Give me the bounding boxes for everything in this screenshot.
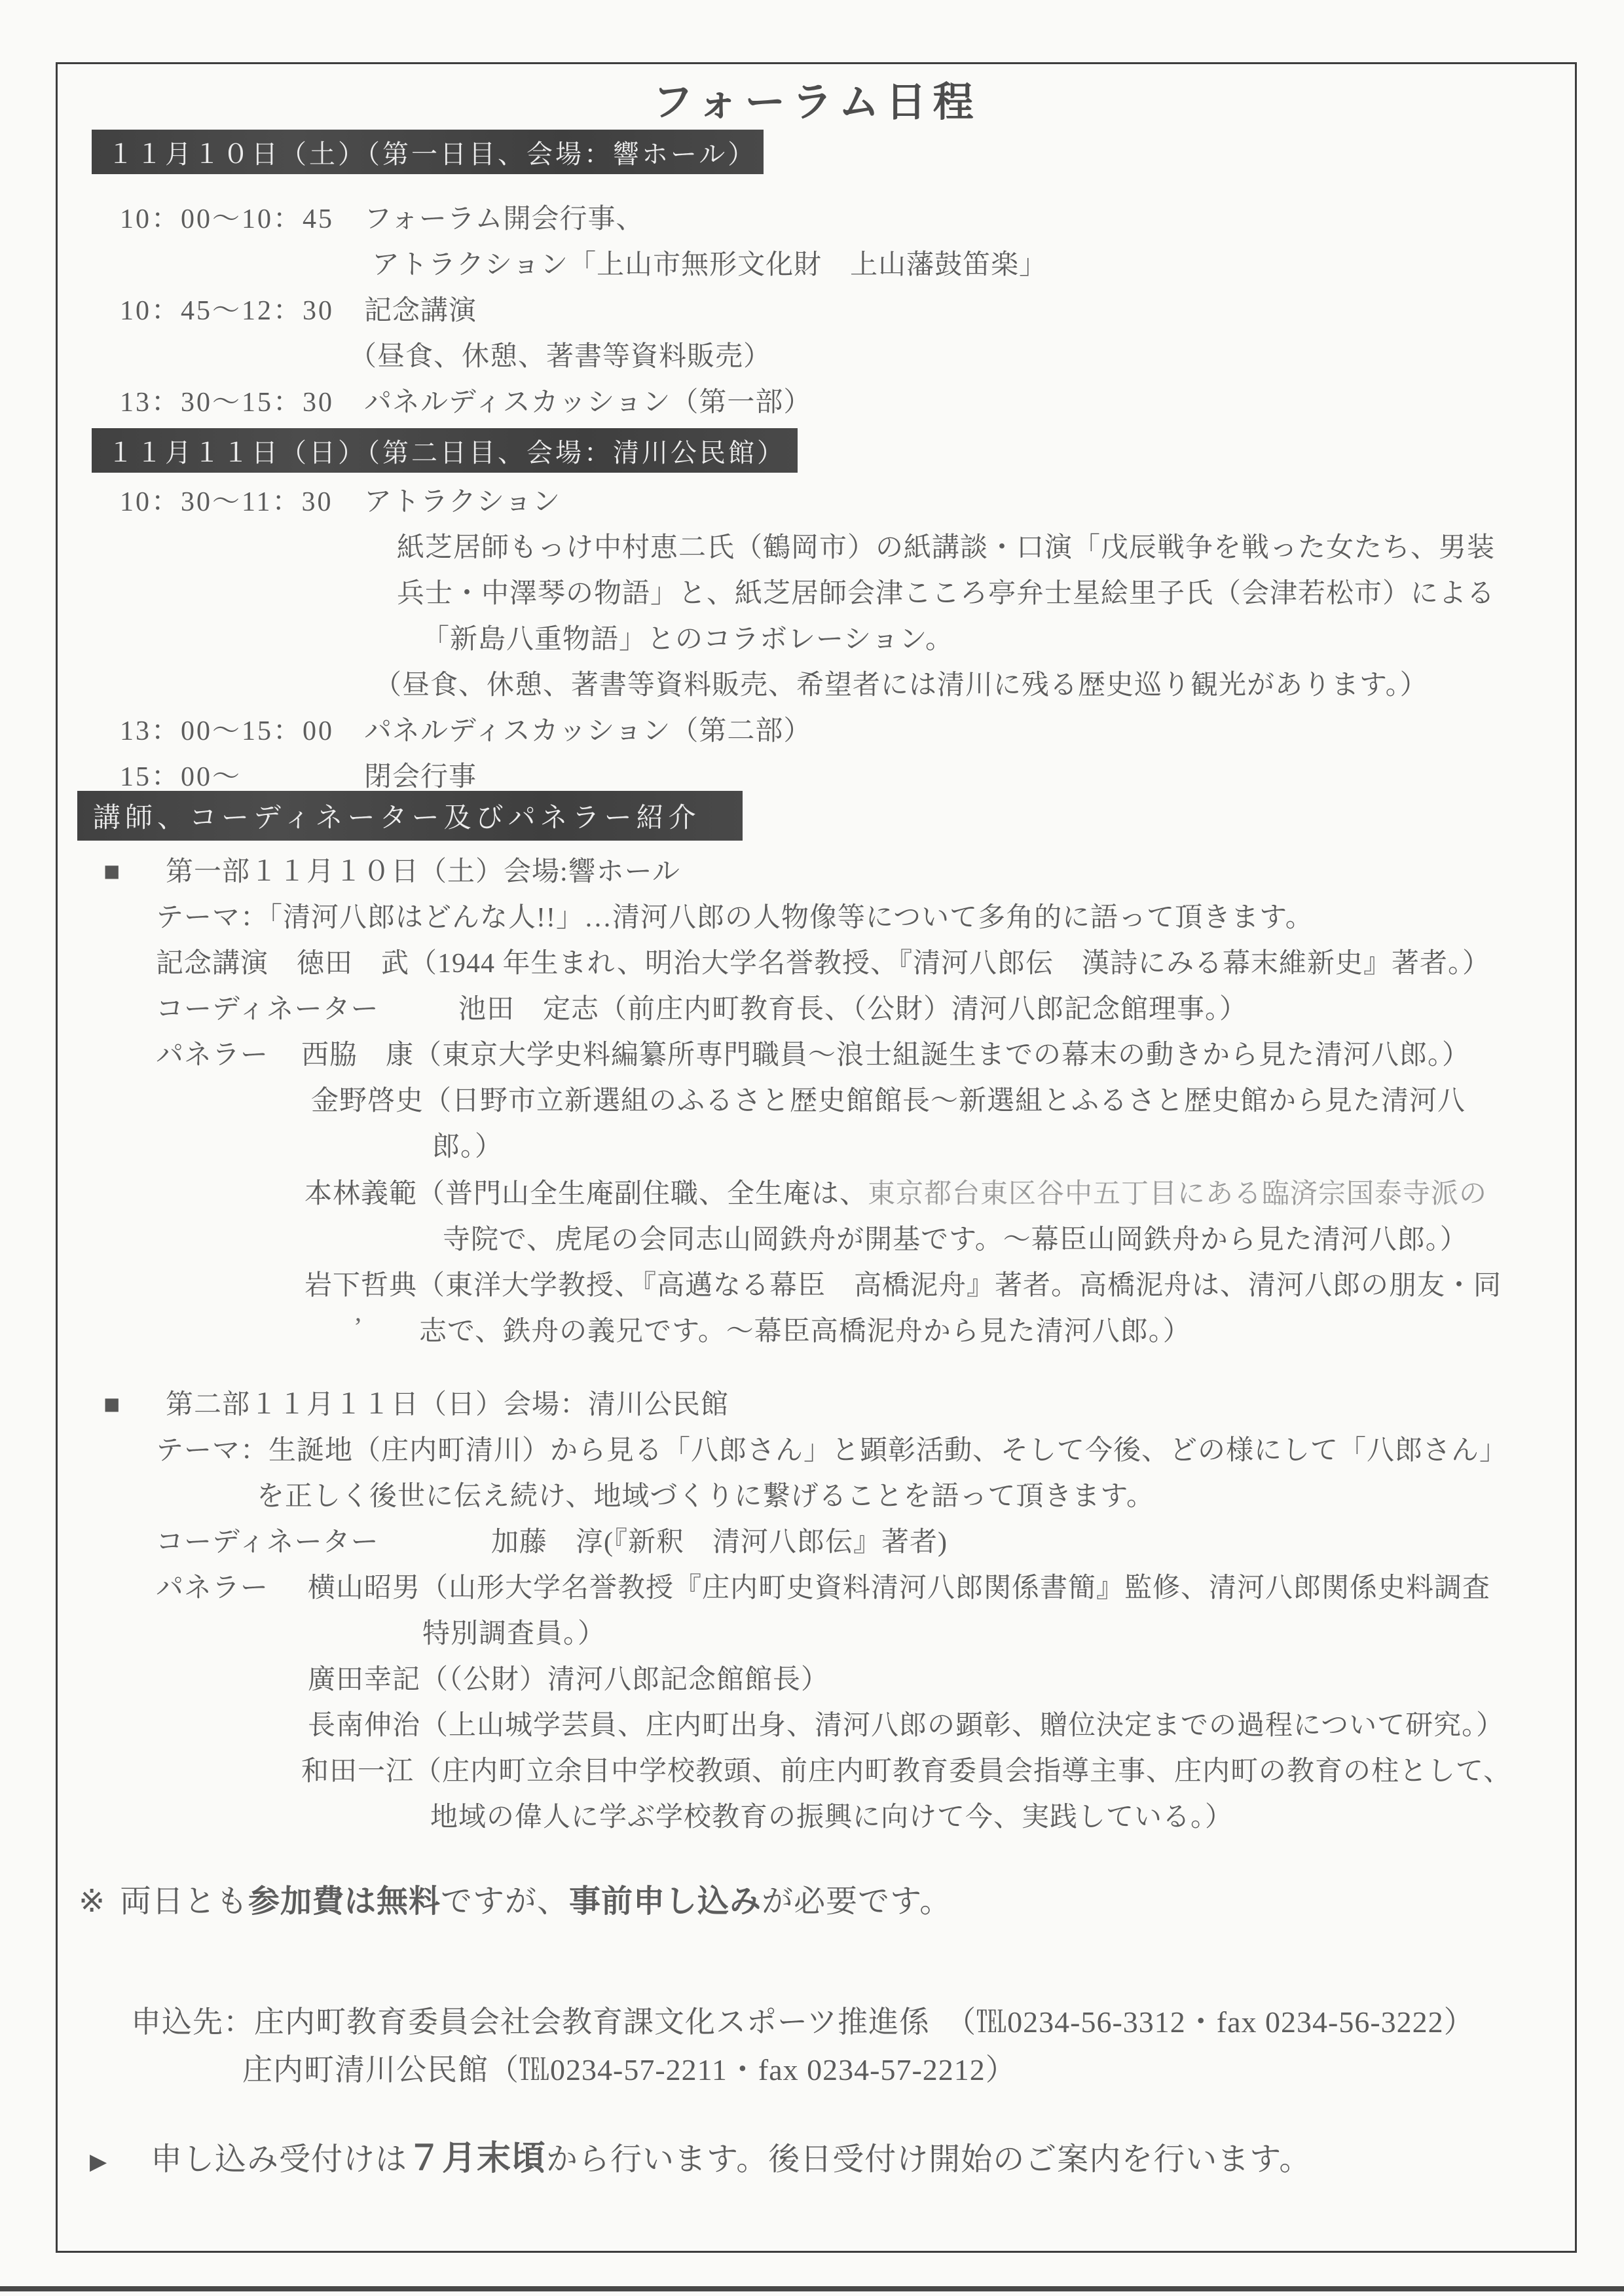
day1-row-1-text: アトラクション「上山市無形文化財 上山藩鼓笛楽」 [372, 246, 1047, 284]
part1-panelist-3-line1b: 東京都台東区谷中五丁目にある臨済宗国泰寺派の [868, 1179, 1487, 1209]
part1-panelist-2-line1: 金野啓史（日野市立新選組のふるさと歴史館館長～新選組とふるさと歴史館から見た清河… [311, 1082, 1466, 1120]
day1-row-3-text: （昼食、休憩、著書等資料販売） [349, 338, 771, 376]
square-bullet-icon: ■ [103, 853, 120, 891]
part2-panelist-1-line2: 特別調査員。） [422, 1615, 606, 1653]
part1-panelist-1: 西脇 康（東京大学史料編纂所専門職員～浪士組誕生までの幕末の動きから見た清河八郎… [301, 1036, 1470, 1074]
scan-artifact-line [0, 2286, 1624, 2291]
part2-coordinator: 加藤 淳(『新釈 清河八郎伝』著者) [491, 1523, 948, 1561]
acceptance-notice-seg1: 申し込み受付けは [151, 2142, 407, 2177]
day2-header-band: １１月１１日（日）（第二日目、会場：清川公民館） [92, 428, 798, 473]
day2-row-0-text: アトラクション [364, 483, 561, 521]
part2-panelist-4-line1: 和田一江（庄内町立余目中学校教頭、前庄内町教育委員会指導主事、庄内町の教育の柱と… [301, 1753, 1511, 1791]
part2-panelist-4-line2: 地域の偉人に学ぶ学校教育の振興に向けて今、実践している。） [430, 1798, 1233, 1836]
part1-panelist-3-line2: 寺院で、虎尾の会同志山岡鉄舟が開基です。～幕臣山岡鉄舟から見た清河八郎。） [443, 1221, 1468, 1259]
day1-row-4-text: パネルディスカッション（第一部） [364, 384, 811, 422]
part1-panelist-label: パネラー [156, 1036, 268, 1074]
part1-coordinator-label: コーディネーター [156, 991, 379, 1029]
stray-pen-mark: ’ [354, 1308, 363, 1346]
square-bullet-icon: ■ [103, 1386, 120, 1424]
day1-row-2-time: 10：45～12：30 [120, 292, 334, 330]
apply-contact-line2: 庄内町清川公民館（℡0234-57-2211・fax 0234-57-2212） [242, 2051, 1016, 2089]
part1-theme: テーマ：「清河八郎はどんな人!!」…清河八郎の人物像等について多角的に語って頂き… [156, 899, 1314, 937]
scan-border-frame: フォーラム日程 １１月１０日（土）（第一日目、会場：響ホール） 10：00～10… [56, 62, 1577, 2253]
scanned-forum-schedule-page: { "colors": { "paper": "#fafaf8", "ink":… [0, 0, 1624, 2296]
fee-note-seg5: が必要です。 [762, 1884, 951, 1919]
part1-panelist-4-line2: 志で、鉄舟の義兄です。～幕臣高橋泥舟から見た清河八郎。） [419, 1313, 1191, 1351]
part2-panelist-3: 長南伸治（上山城学芸員、庄内町出身、清河八郎の顕彰、贈位決定までの過程について研… [308, 1707, 1504, 1745]
day1-row-0-time: 10：00～10：45 [120, 200, 334, 238]
presenters-header-band: 講師、コーディネーター及びパネラー紹介 [77, 791, 743, 841]
fee-note-seg3: ですが、 [441, 1884, 569, 1919]
day2-row-3-text: 「新島八重物語」とのコラボレーション。 [422, 621, 953, 659]
part2-theme-line2: を正しく後世に伝え続け、地域づくりに繋げることを語って頂きます。 [257, 1478, 1154, 1516]
acceptance-notice-seg3: から行います。後日受付け開始のご案内を行います。 [546, 2142, 1311, 2177]
day1-header-text: １１月１０日（土）（第一日目、会場：響ホール） [107, 134, 756, 171]
part2-panelist-2: 廣田幸記（（公財）清河八郎記念館館長） [308, 1661, 829, 1699]
part2-panelist-label: パネラー [156, 1569, 268, 1607]
part2-theme-line1: テーマ：生誕地（庄内町清川）から見る「八郎さん」と顕彰活動、そして今後、どの様に… [156, 1432, 1507, 1470]
fee-note: 両日とも参加費は無料ですが、事前申し込みが必要です。 [120, 1883, 951, 1921]
day2-row-1-text: 紙芝居師もっけ中村恵二氏（鶴岡市）の紙講談・口演「戊辰戦争を戦った女たち、男装 [397, 529, 1495, 567]
day1-row-4-time: 13：30～15：30 [120, 384, 334, 422]
part1-panelist-3-line1a: 本林義範（普門山全生庵副住職、全生庵は、 [304, 1179, 868, 1209]
acceptance-notice: 申し込み受付けは７月末頃から行います。後日受付け開始のご案内を行います。 [151, 2140, 1311, 2179]
part2-coordinator-label: コーディネーター [156, 1523, 379, 1561]
part1-coordinator: 池田 定志（前庄内町教育長、（公財）清河八郎記念館理事。） [458, 991, 1247, 1029]
day2-row-5-time: 13：00～15：00 [120, 712, 334, 750]
fee-note-seg1: 両日とも [120, 1884, 248, 1919]
part1-panelist-4-line1: 岩下哲典（東洋大学教授、『高邁なる幕臣 高橋泥舟』著者。高橋泥舟は、清河八郎の朋… [304, 1267, 1502, 1305]
reference-mark: ※ [79, 1883, 105, 1921]
day2-row-0-time: 10：30～11：30 [120, 483, 333, 521]
part2-panelist-1-line1: 横山昭男（山形大学名誉教授『庄内町史資料清河八郎関係書簡』監修、清河八郎関係史料… [308, 1569, 1490, 1607]
day2-header-text: １１月１１日（日）（第二日目、会場：清川公民館） [107, 432, 786, 469]
day2-row-5-text: パネルディスカッション（第二部） [364, 712, 811, 750]
part1-panelist-2-line2: 郎。） [432, 1128, 503, 1166]
day2-row-4-text: （昼食、休憩、著書等資料販売、希望者には清川に残る歴史巡り観光があります。） [374, 666, 1428, 704]
presenters-header-text: 講師、コーディネーター及びパネラー紹介 [93, 796, 701, 835]
part1-panelist-3-line1: 本林義範（普門山全生庵副住職、全生庵は、東京都台東区谷中五丁目にある臨済宗国泰寺… [304, 1175, 1487, 1213]
triangle-bullet-icon: ▶ [90, 2143, 107, 2181]
day2-row-2-text: 兵士・中澤琴の物語」と、紙芝居師会津こころ亭弁士星絵里子氏（会津若松市）による [397, 575, 1495, 613]
day1-header-band: １１月１０日（土）（第一日目、会場：響ホール） [92, 130, 764, 174]
day1-row-2-text: 記念講演 [364, 292, 477, 330]
part2-heading: 第二部１１月１１日（日）会場：清川公民館 [166, 1386, 729, 1424]
acceptance-notice-seg2: ７月末頃 [407, 2140, 546, 2178]
day1-row-0-text: フォーラム開会行事、 [364, 200, 644, 238]
part1-heading: 第一部１１月１０日（土）会場:響ホール [166, 853, 680, 891]
part1-lecture: 記念講演 徳田 武（1944 年生まれ、明治大学名誉教授、『清河八郎伝 漢詩にみ… [156, 945, 1490, 983]
page-title: フォーラム日程 [58, 69, 1575, 128]
apply-contact-line1: 申込先：庄内町教育委員会社会教育課文化スポーツ推進係 （℡0234-56-331… [131, 2003, 1475, 2041]
fee-note-seg2: 参加費は無料 [248, 1884, 441, 1919]
fee-note-seg4: 事前申し込み [569, 1884, 762, 1919]
